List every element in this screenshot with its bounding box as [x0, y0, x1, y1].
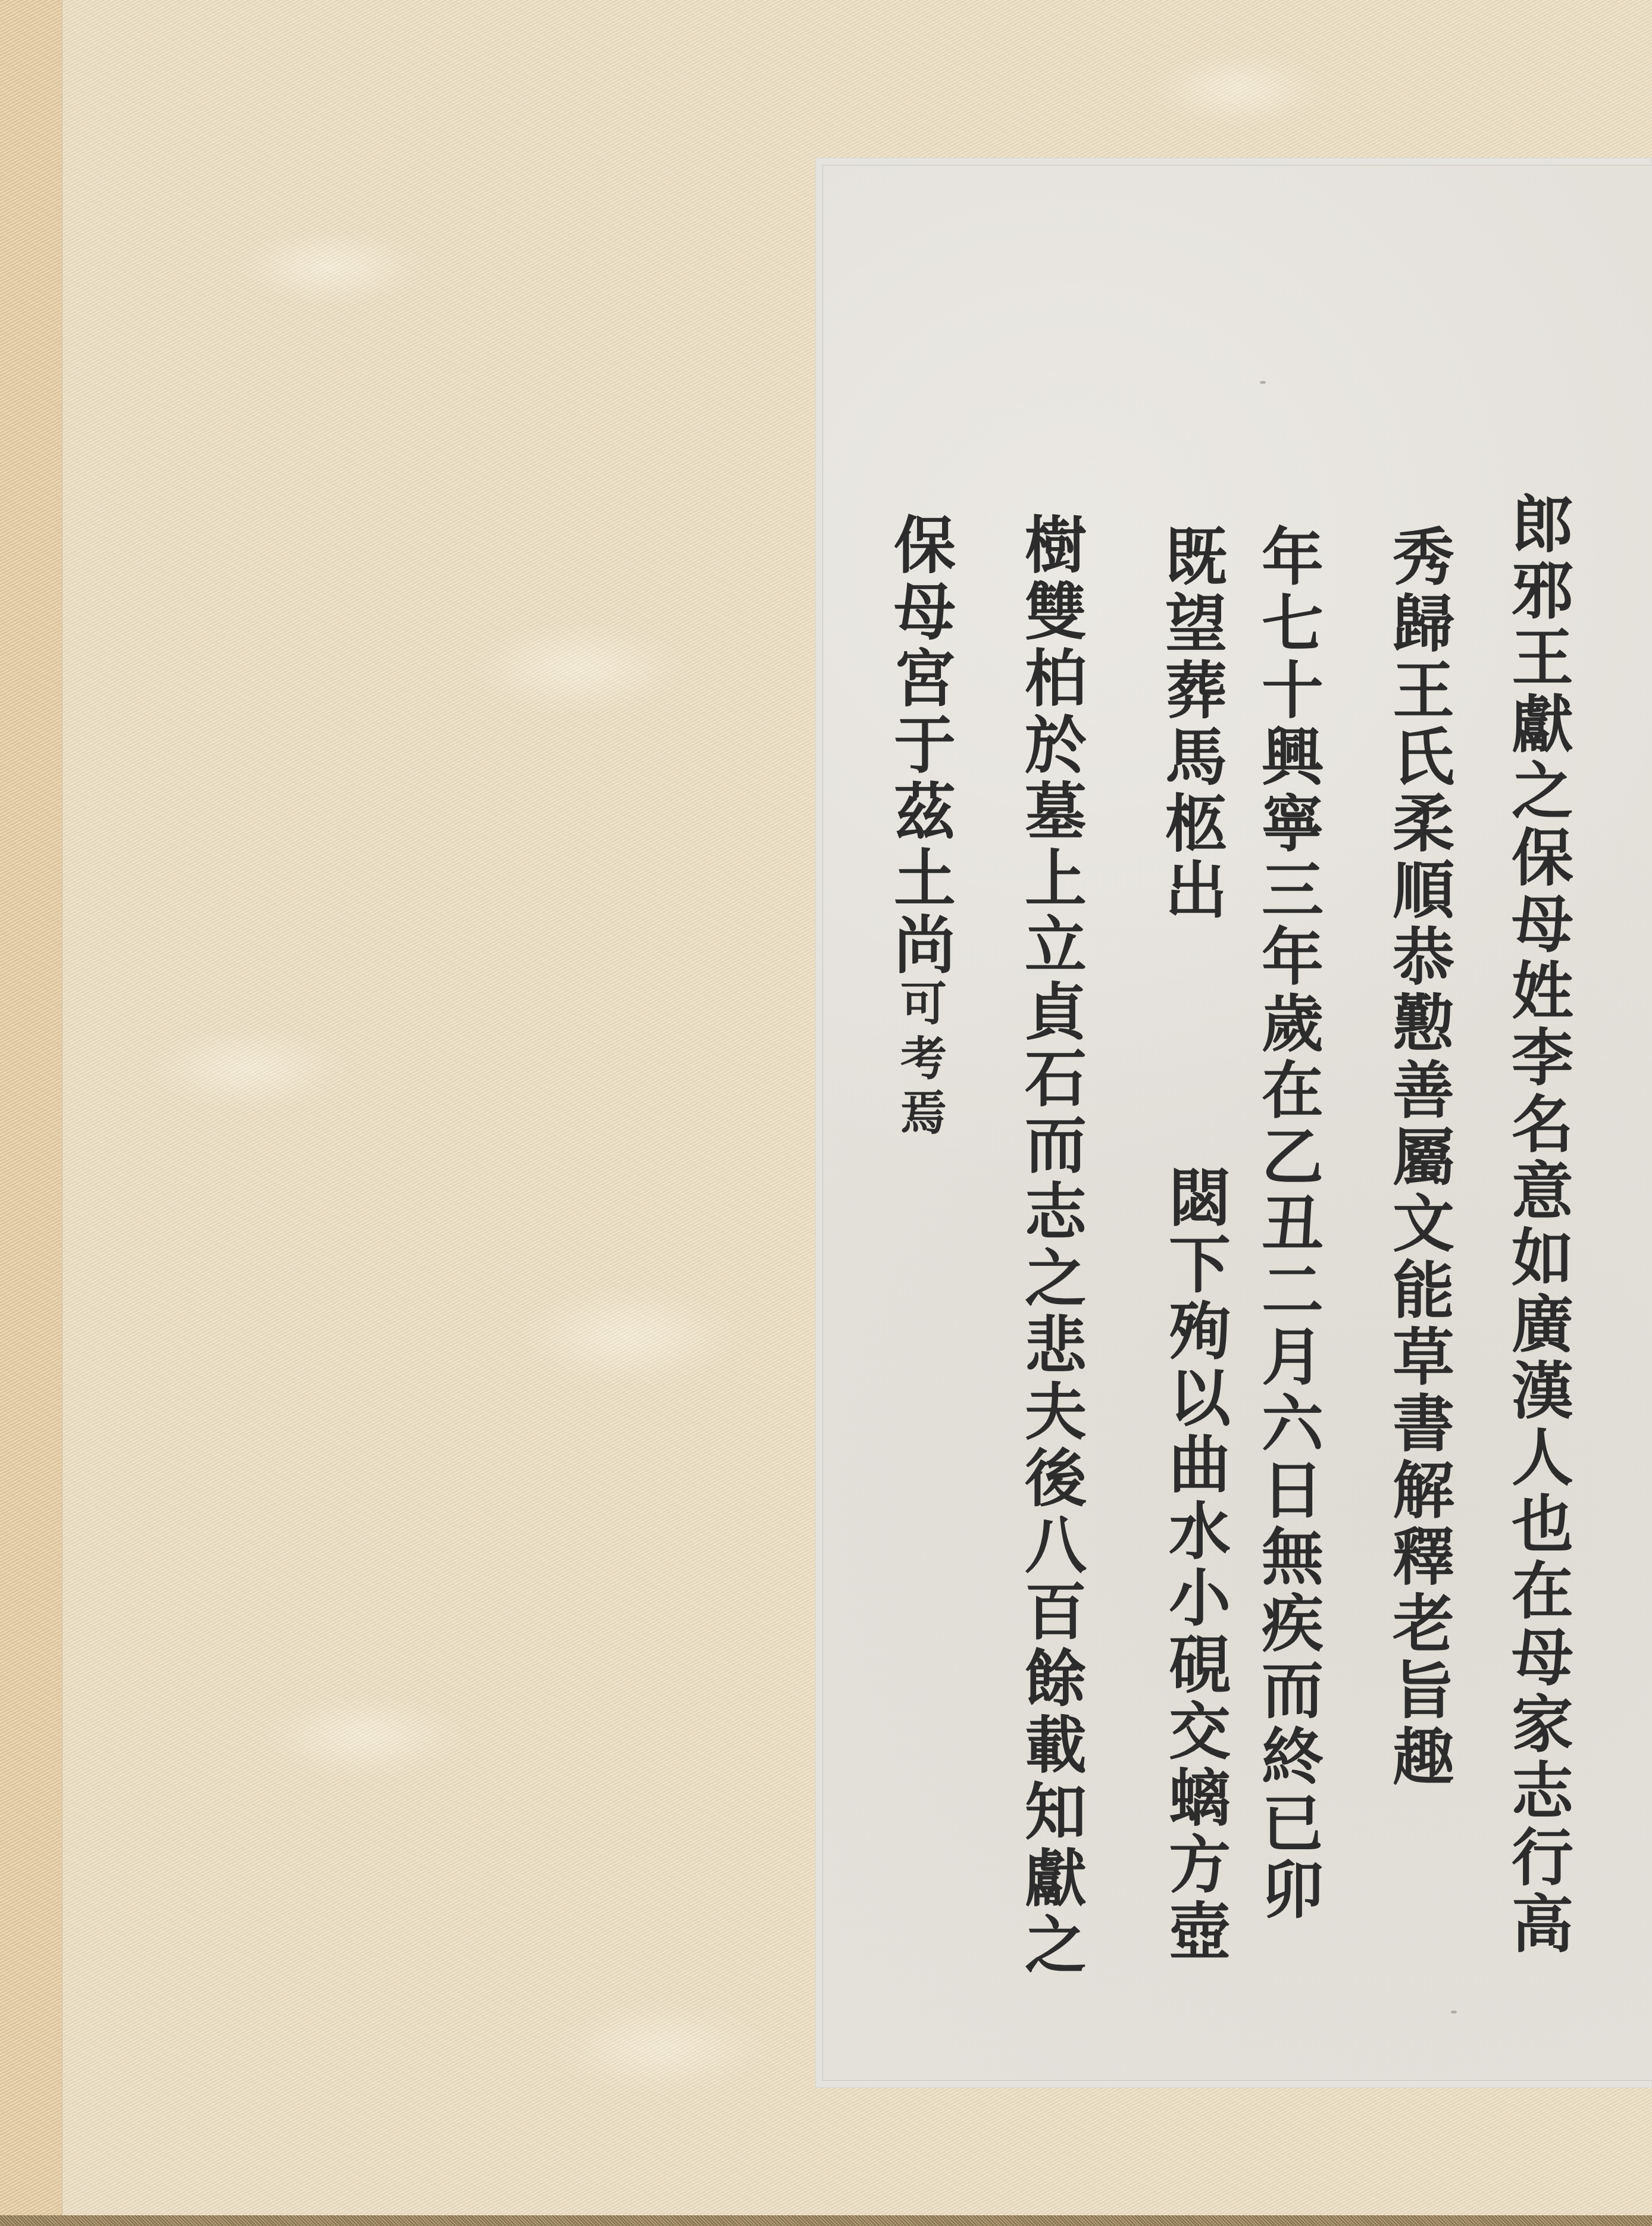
paper-inner-border: 郎邪王獻之保母姓李名意如廣漢人也在母家志行高 秀歸王氏柔順恭懃善屬文能草書解釋老… — [822, 165, 1652, 2081]
bottom-trim-band — [0, 2215, 1652, 2226]
text-column-6: 保母宮于茲土尚可考焉 — [888, 512, 950, 1143]
text-column-1-main: 郎邪王獻之保母姓李名意如廣漢人也在母家志行高 — [1501, 492, 1574, 1958]
paper-speck — [1451, 2011, 1457, 2014]
paper-panel: 郎邪王獻之保母姓李名意如廣漢人也在母家志行高 秀歸王氏柔順恭懃善屬文能草書解釋老… — [815, 158, 1652, 2088]
mounting-edge-strip — [0, 0, 62, 2226]
text-column-5: 樹雙柏於墓上立貞石而志之悲夫後八百餘載知獻之 — [1019, 512, 1081, 1979]
text-column-4-main: 既望葬馬柩出 — [1154, 524, 1228, 924]
text-column-6-tail: 可考焉 — [893, 979, 947, 1143]
text-column-4-tail: 閟下殉以曲水小硯交螭方壺 — [1158, 1165, 1231, 1965]
text-column-3: 年七十興寧三年歲在乙丑二月六日無疾而終已卯 — [1256, 524, 1318, 1924]
text-column-2-main: 秀歸王氏柔順恭懃善屬文能草書解釋老旨趣 — [1382, 524, 1455, 1791]
text-column-1: 郎邪王獻之保母姓李名意如廣漢人也在母家志行高 — [1506, 492, 1568, 1958]
text-column-3-main: 年七十興寧三年歲在乙丑二月六日無疾而終已卯 — [1251, 524, 1324, 1924]
text-column-4-upper: 既望葬馬柩出 — [1160, 524, 1222, 924]
text-column-2: 秀歸王氏柔順恭懃善屬文能草書解釋老旨趣 — [1387, 524, 1449, 1791]
text-column-5-main: 樹雙柏於墓上立貞石而志之悲夫後八百餘載知獻之 — [1014, 512, 1087, 1979]
text-column-6-main: 保母宮于茲土尚 — [883, 512, 956, 979]
paper-speck — [1260, 381, 1266, 384]
text-column-4-lower: 閟下殉以曲水小硯交螭方壺 — [1163, 1165, 1225, 1965]
